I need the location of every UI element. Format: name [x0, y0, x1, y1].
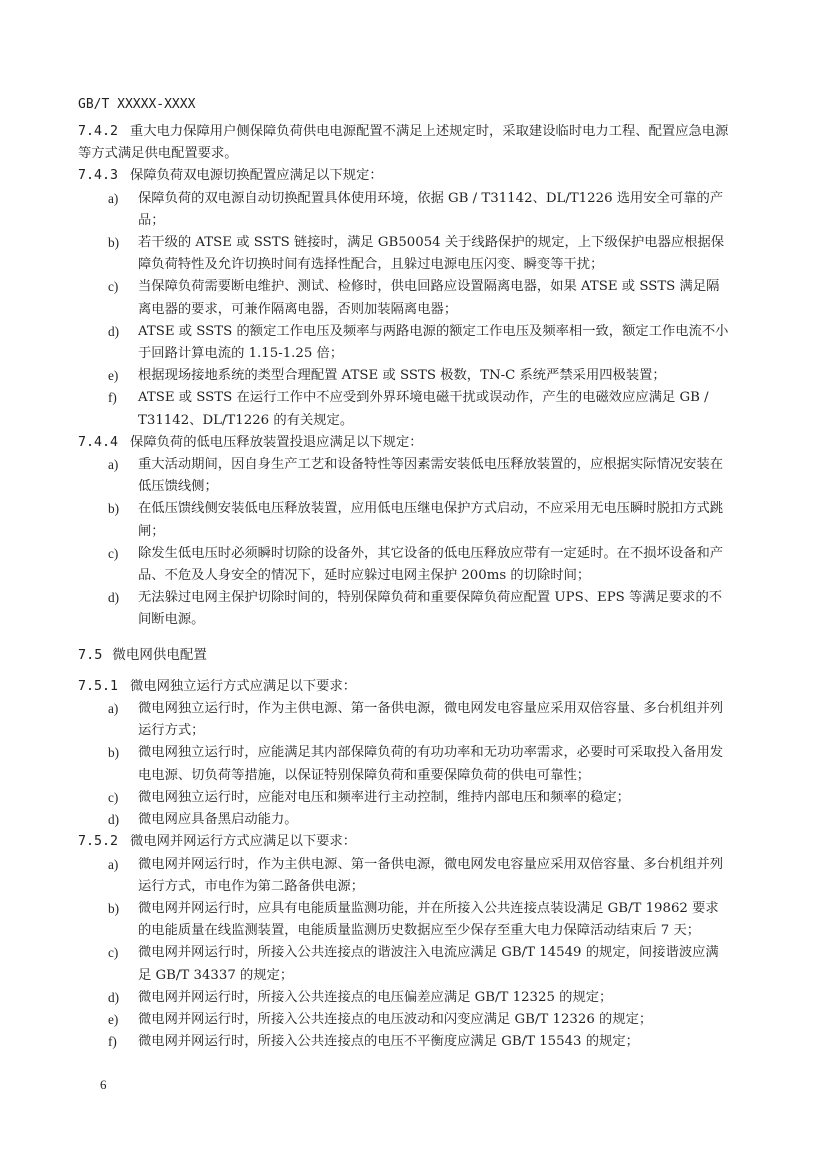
item-text: 保障负荷的双电源自动切换配置具体使用环境，依据 GB / T31142、DL/T… — [138, 191, 723, 228]
clause-text: 微电网并网运行方式应满足以下要求： — [130, 834, 356, 849]
item-marker: e) — [108, 1009, 118, 1031]
item-marker: a) — [108, 454, 118, 476]
item-text: 微电网并网运行时，所接入公共连接点的谐波注入电流应满足 GB/T 14549 的… — [138, 945, 719, 982]
list-item: c)当保障负荷需要断电维护、测试、检修时，供电回路应设置隔离电器，如果 ATSE… — [78, 276, 730, 320]
item-marker: c) — [108, 942, 118, 964]
clause-text: 微电网独立运行方式应满足以下要求： — [130, 679, 356, 694]
item-text: 当保障负荷需要断电维护、测试、检修时，供电回路应设置隔离电器，如果 ATSE 或… — [138, 279, 719, 316]
item-marker: f) — [108, 387, 117, 409]
item-marker: c) — [108, 276, 118, 298]
list-item: d)微电网并网运行时，所接入公共连接点的电压偏差应满足 GB/T 12325 的… — [78, 987, 730, 1009]
list-item: c)除发生低电压时必须瞬时切除的设备外，其它设备的低电压释放应带有一定延时。在不… — [78, 543, 730, 587]
item-text: 微电网并网运行时，应具有电能质量监测功能，并在所接入公共连接点装设满足 GB/T… — [138, 901, 719, 938]
document-page: GB/T XXXXX-XXXX 7.4.2重大电力保障用户侧保障负荷供电电源配置… — [0, 0, 827, 1170]
item-marker: b) — [108, 498, 119, 520]
item-text: 若干级的 ATSE 或 SSTS 链接时，满足 GB50054 关于线路保护的规… — [138, 235, 724, 272]
item-marker: d) — [108, 587, 119, 609]
item-text: 重大活动期间，因自身生产工艺和设备特性等因素需安装低电压释放装置的，应根据实际情… — [138, 457, 723, 494]
section-title: 微电网供电配置 — [112, 647, 207, 663]
item-text: ATSE 或 SSTS 在运行工作中不应受到外界环境电磁干扰或误动作，产生的电磁… — [138, 390, 709, 427]
list-item: e)微电网并网运行时，所接入公共连接点的电压波动和闪变应满足 GB/T 1232… — [78, 1009, 730, 1031]
item-text: 微电网并网运行时，所接入公共连接点的电压不平衡度应满足 GB/T 15543 的… — [138, 1034, 639, 1049]
item-text: 微电网独立运行时，应能满足其内部保障负荷的有功功率和无功功率需求，必要时可采取投… — [138, 745, 723, 782]
item-text: 微电网并网运行时，所接入公共连接点的电压偏差应满足 GB/T 12325 的规定… — [138, 990, 612, 1005]
list-item: c)微电网独立运行时，应能对电压和频率进行主动控制，维持内部电压和频率的稳定； — [78, 787, 730, 809]
item-text: 无法躲过电网主保护切除时间的，特别保障负荷和重要保障负荷应配置 UPS、EPS … — [138, 590, 722, 627]
list-item: f)微电网并网运行时，所接入公共连接点的电压不平衡度应满足 GB/T 15543… — [78, 1031, 730, 1053]
clause-text: 保障负荷双电源切换配置应满足以下规定： — [130, 168, 383, 183]
page-number: 6 — [100, 1077, 107, 1093]
list-item: d)ATSE 或 SSTS 的额定工作电压及频率与两路电源的额定工作电压及频率相… — [78, 321, 730, 365]
item-text: 微电网独立运行时，作为主供电源、第一备供电源，微电网发电容量应采用双倍容量、多台… — [138, 701, 723, 738]
item-text: 在低压馈线侧安装低电压释放装置，应用低电压继电保护方式启动，不应采用无电压瞬时脱… — [138, 501, 723, 538]
item-marker: d) — [108, 987, 119, 1009]
clause-text: 保障负荷的低电压释放装置投退应满足以下规定： — [130, 435, 423, 450]
list-item: a)重大活动期间，因自身生产工艺和设备特性等因素需安装低电压释放装置的，应根据实… — [78, 454, 730, 498]
item-marker: a) — [108, 698, 118, 720]
item-marker: c) — [108, 543, 118, 565]
list-item: b)若干级的 ATSE 或 SSTS 链接时，满足 GB50054 关于线路保护… — [78, 232, 730, 276]
clause-number: 7.5.1 — [78, 676, 118, 698]
item-text: 根据现场接地系统的类型合理配置 ATSE 或 SSTS 极数，TN-C 系统严禁… — [138, 368, 666, 383]
section-number: 7.5 — [78, 644, 102, 666]
list-item: c)微电网并网运行时，所接入公共连接点的谐波注入电流应满足 GB/T 14549… — [78, 942, 730, 986]
clause-number: 7.4.4 — [78, 432, 118, 454]
item-text: ATSE 或 SSTS 的额定工作电压及频率与两路电源的额定工作电压及频率相一致… — [138, 324, 728, 361]
item-text: 微电网并网运行时，所接入公共连接点的电压波动和闪变应满足 GB/T 12326 … — [138, 1012, 652, 1027]
item-marker: c) — [108, 787, 118, 809]
item-marker: d) — [108, 809, 119, 831]
list-item: f)ATSE 或 SSTS 在运行工作中不应受到外界环境电磁干扰或误动作，产生的… — [78, 387, 730, 431]
list-item: b)微电网独立运行时，应能满足其内部保障负荷的有功功率和无功功率需求，必要时可采… — [78, 742, 730, 786]
standard-id-header: GB/T XXXXX-XXXX — [78, 97, 195, 112]
item-text: 微电网应具备黑启动能力。 — [138, 812, 298, 827]
item-marker: a) — [108, 854, 118, 876]
clause-number: 7.5.2 — [78, 831, 118, 853]
clause-text: 重大电力保障用户侧保障负荷供电电源配置不满足上述规定时，采取建设临时电力工程、配… — [78, 124, 728, 161]
clause-7-4-2: 7.4.2重大电力保障用户侧保障负荷供电电源配置不满足上述规定时，采取建设临时电… — [78, 121, 730, 165]
list-item: e)根据现场接地系统的类型合理配置 ATSE 或 SSTS 极数，TN-C 系统… — [78, 365, 730, 387]
list-item: a)微电网独立运行时，作为主供电源、第一备供电源，微电网发电容量应采用双倍容量、… — [78, 698, 730, 742]
list-item: d)微电网应具备黑启动能力。 — [78, 809, 730, 831]
list-item: d)无法躲过电网主保护切除时间的，特别保障负荷和重要保障负荷应配置 UPS、EP… — [78, 587, 730, 631]
document-body: 7.4.2重大电力保障用户侧保障负荷供电电源配置不满足上述规定时，采取建设临时电… — [78, 121, 730, 1053]
clause-number: 7.4.2 — [78, 121, 118, 143]
item-text: 除发生低电压时必须瞬时切除的设备外，其它设备的低电压释放应带有一定延时。在不损坏… — [138, 546, 723, 583]
item-marker: d) — [108, 321, 119, 343]
item-marker: b) — [108, 898, 119, 920]
clause-7-5-2: 7.5.2微电网并网运行方式应满足以下要求： — [78, 831, 730, 853]
list-item: b)微电网并网运行时，应具有电能质量监测功能，并在所接入公共连接点装设满足 GB… — [78, 898, 730, 942]
item-marker: b) — [108, 742, 119, 764]
list-item: a)微电网并网运行时，作为主供电源、第一备供电源，微电网发电容量应采用双倍容量、… — [78, 854, 730, 898]
item-marker: b) — [108, 232, 119, 254]
item-marker: a) — [108, 188, 118, 210]
item-text: 微电网独立运行时，应能对电压和频率进行主动控制，维持内部电压和频率的稳定； — [138, 790, 630, 805]
clause-7-4-3: 7.4.3保障负荷双电源切换配置应满足以下规定： — [78, 165, 730, 187]
list-item: b)在低压馈线侧安装低电压释放装置，应用低电压继电保护方式启动，不应采用无电压瞬… — [78, 498, 730, 542]
clause-7-5-1: 7.5.1微电网独立运行方式应满足以下要求： — [78, 676, 730, 698]
clause-7-4-4: 7.4.4保障负荷的低电压释放装置投退应满足以下规定： — [78, 432, 730, 454]
item-marker: e) — [108, 365, 118, 387]
section-heading-7-5: 7.5微电网供电配置 — [78, 644, 730, 666]
list-item: a)保障负荷的双电源自动切换配置具体使用环境，依据 GB / T31142、DL… — [78, 188, 730, 232]
item-text: 微电网并网运行时，作为主供电源、第一备供电源，微电网发电容量应采用双倍容量、多台… — [138, 857, 723, 894]
clause-number: 7.4.3 — [78, 165, 118, 187]
item-marker: f) — [108, 1031, 117, 1053]
